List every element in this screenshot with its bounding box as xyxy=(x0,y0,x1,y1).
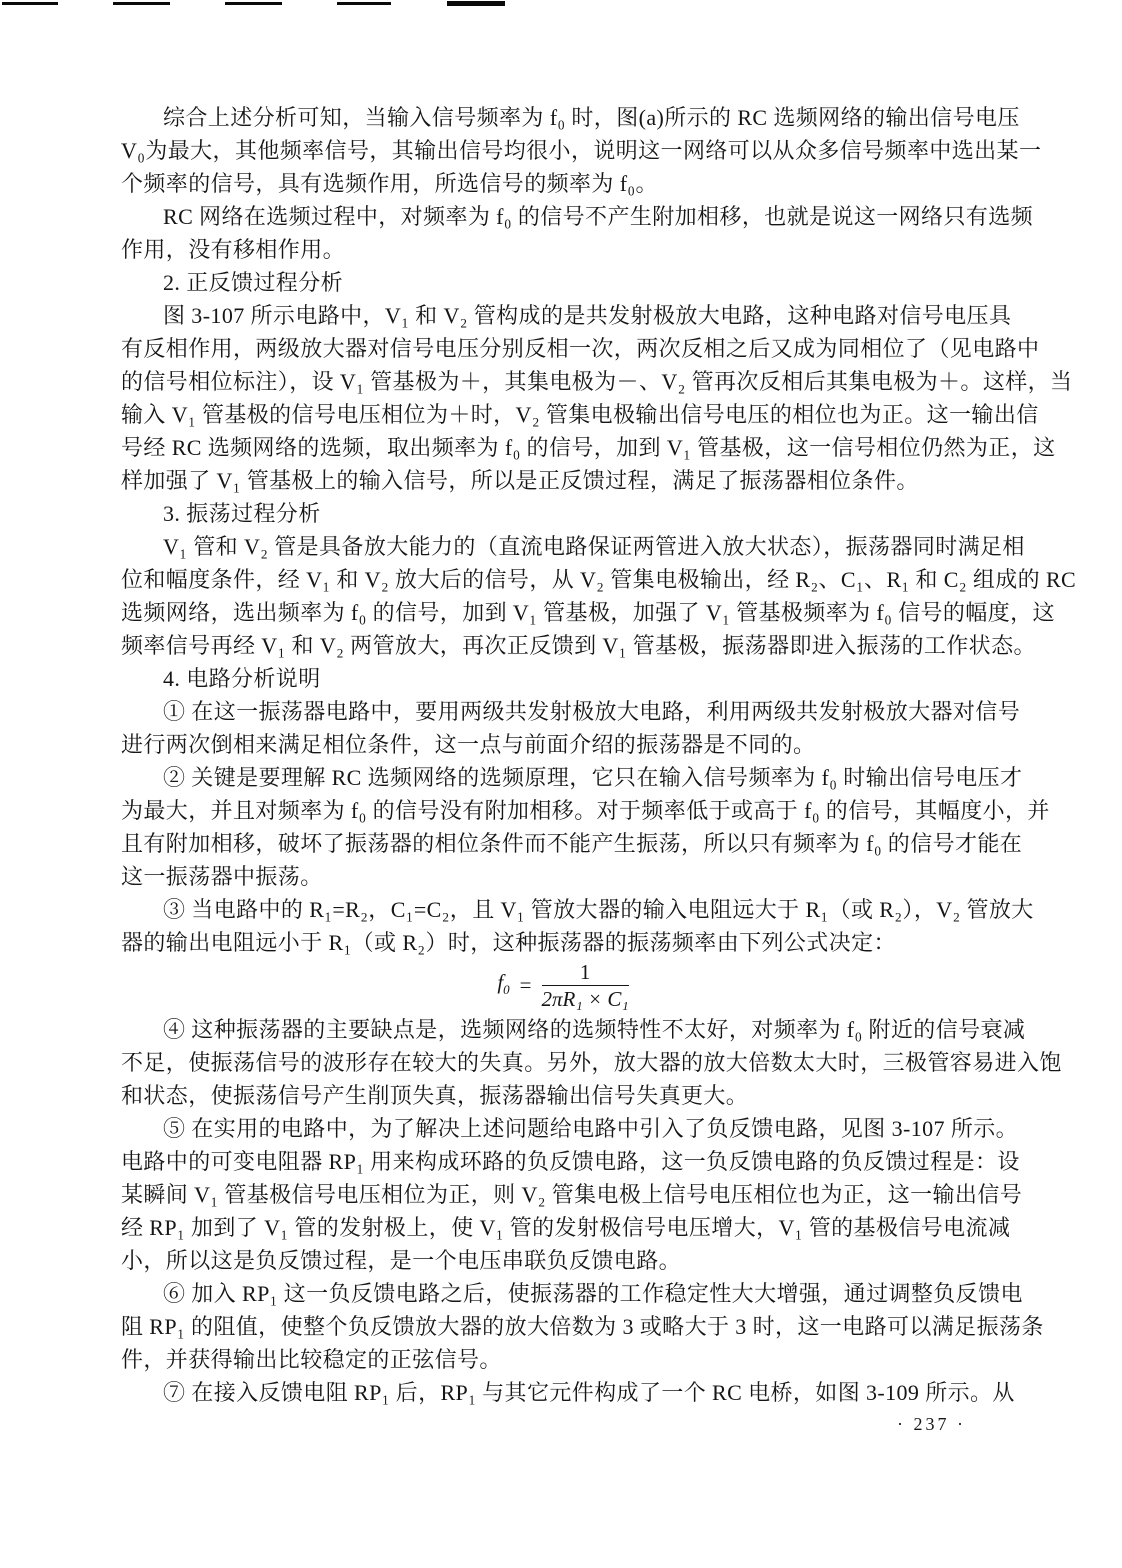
text-line: 进行两次倒相来满足相位条件，这一点与前面介绍的振荡器是不同的。 xyxy=(121,728,1005,761)
page-number: · 237 · xyxy=(897,1414,966,1435)
scan-artifact-bar xyxy=(447,1,505,6)
text-line: 图 3-107 所示电路中，V₁ 和 V₂ 管构成的是共发射极放大电路，这种电路… xyxy=(121,299,1005,332)
scan-artifact-bar xyxy=(225,2,282,5)
text-line: RC 网络在选频过程中，对频率为 f₀ 的信号不产生附加相移，也就是说这一网络只… xyxy=(121,200,1005,233)
text-line: 作用，没有移相作用。 xyxy=(121,233,1005,266)
formula-row: f0 = 1 2πR₁ × C₁ xyxy=(121,959,1005,1013)
text-line: ⑥ 加入 RP₁ 这一负反馈电路之后，使振荡器的工作稳定性大大增强，通过调整负反… xyxy=(121,1277,1005,1310)
text-line: ⑦ 在接入反馈电阻 RP₁ 后，RP₁ 与其它元件构成了一个 RC 电桥，如图 … xyxy=(121,1376,1005,1409)
formula-numerator: 1 xyxy=(542,960,629,986)
oscillation-frequency-formula: f0 = 1 2πR₁ × C₁ xyxy=(497,960,628,1012)
formula-lhs: f0 xyxy=(497,966,509,1006)
section-heading: 2. 正反馈过程分析 xyxy=(121,266,1005,299)
text-line: ③ 当电路中的 R₁=R₂，C₁=C₂，且 V₁ 管放大器的输入电阻远大于 R₁… xyxy=(121,893,1005,926)
text-line: 选频网络，选出频率为 f₀ 的信号，加到 V₁ 管基极，加强了 V₁ 管基极频率… xyxy=(121,596,1005,629)
section-heading: 3. 振荡过程分析 xyxy=(121,497,1005,530)
text-line: ① 在这一振荡器电路中，要用两级共发射极放大电路，利用两级共发射极放大器对信号 xyxy=(121,695,1005,728)
text-line: 和状态，使振荡信号产生削顶失真，振荡器输出信号失真更大。 xyxy=(121,1079,1005,1112)
text-line: 频率信号再经 V₁ 和 V₂ 两管放大，再次正反馈到 V₁ 管基极，振荡器即进入… xyxy=(121,629,1005,662)
text-line: 综合上述分析可知，当输入信号频率为 f₀ 时，图(a)所示的 RC 选频网络的输… xyxy=(121,101,1005,134)
text-line: 个频率的信号，具有选频作用，所选信号的频率为 f₀。 xyxy=(121,167,1005,200)
text-line: V₀为最大，其他频率信号，其输出信号均很小，说明这一网络可以从众多信号频率中选出… xyxy=(121,134,1005,167)
text-line: 器的输出电阻远小于 R₁（或 R₂）时，这种振荡器的振荡频率由下列公式决定： xyxy=(121,926,1005,959)
document-page: 综合上述分析可知，当输入信号频率为 f₀ 时，图(a)所示的 RC 选频网络的输… xyxy=(0,0,1122,1568)
text-line: 有反相作用，两级放大器对信号电压分别反相一次，两次反相之后又成为同相位了（见电路… xyxy=(121,332,1005,365)
scan-artifact-bar xyxy=(113,2,170,5)
text-line: 样加强了 V₁ 管基极上的输入信号，所以是正反馈过程，满足了振荡器相位条件。 xyxy=(121,464,1005,497)
text-line: 位和幅度条件，经 V₁ 和 V₂ 放大后的信号，从 V₂ 管集电极输出，经 R₂… xyxy=(121,563,1005,596)
formula-denominator: 2πR₁ × C₁ xyxy=(542,986,629,1012)
text-line: V₁ 管和 V₂ 管是具备放大能力的（直流电路保证两管进入放大状态），振荡器同时… xyxy=(121,530,1005,563)
text-line: 这一振荡器中振荡。 xyxy=(121,860,1005,893)
text-line: 号经 RC 选频网络的选频，取出频率为 f₀ 的信号，加到 V₁ 管基极，这一信… xyxy=(121,431,1005,464)
text-line: 为最大，并且对频率为 f₀ 的信号没有附加相移。对于频率低于或高于 f₀ 的信号… xyxy=(121,794,1005,827)
text-line: 小，所以这是负反馈过程，是一个电压串联负反馈电路。 xyxy=(121,1244,1005,1277)
text-line: 输入 V₁ 管基极的信号电压相位为＋时，V₂ 管集电极输出信号电压的相位也为正。… xyxy=(121,398,1005,431)
scan-artifact-bar xyxy=(2,2,58,5)
text-line: ⑤ 在实用的电路中，为了解决上述问题给电路中引入了负反馈电路，见图 3-107 … xyxy=(121,1112,1005,1145)
formula-equals: = xyxy=(510,969,542,1002)
text-line: 且有附加相移，破坏了振荡器的相位条件而不能产生振荡，所以只有频率为 f₀ 的信号… xyxy=(121,827,1005,860)
text-line: 件，并获得输出比较稳定的正弦信号。 xyxy=(121,1343,1005,1376)
text-line: 不足，使振荡信号的波形存在较大的失真。另外，放大器的放大倍数太大时，三极管容易进… xyxy=(121,1046,1005,1079)
section-heading: 4. 电路分析说明 xyxy=(121,662,1005,695)
text-line: 经 RP₁ 加到了 V₁ 管的发射极上，使 V₁ 管的发射极信号电压增大，V₁ … xyxy=(121,1211,1005,1244)
text-line: ② 关键是要理解 RC 选频网络的选频原理，它只在输入信号频率为 f₀ 时输出信… xyxy=(121,761,1005,794)
scan-artifact-bar xyxy=(337,2,391,5)
text-line: 阻 RP₁ 的阻值，使整个负反馈放大器的放大倍数为 3 或略大于 3 时，这一电… xyxy=(121,1310,1005,1343)
text-line: 某瞬间 V₁ 管基极信号电压相位为正，则 V₂ 管集电极上信号电压相位也为正，这… xyxy=(121,1178,1005,1211)
text-line: 的信号相位标注），设 V₁ 管基极为＋，其集电极为－、V₂ 管再次反相后其集电极… xyxy=(121,365,1005,398)
formula-fraction: 1 2πR₁ × C₁ xyxy=(542,960,629,1012)
text-line: 电路中的可变电阻器 RP₁ 用来构成环路的负反馈电路，这一负反馈电路的负反馈过程… xyxy=(121,1145,1005,1178)
page-text: 综合上述分析可知，当输入信号频率为 f₀ 时，图(a)所示的 RC 选频网络的输… xyxy=(121,101,1005,1409)
text-line: ④ 这种振荡器的主要缺点是，选频网络的选频特性不太好，对频率为 f₀ 附近的信号… xyxy=(121,1013,1005,1046)
